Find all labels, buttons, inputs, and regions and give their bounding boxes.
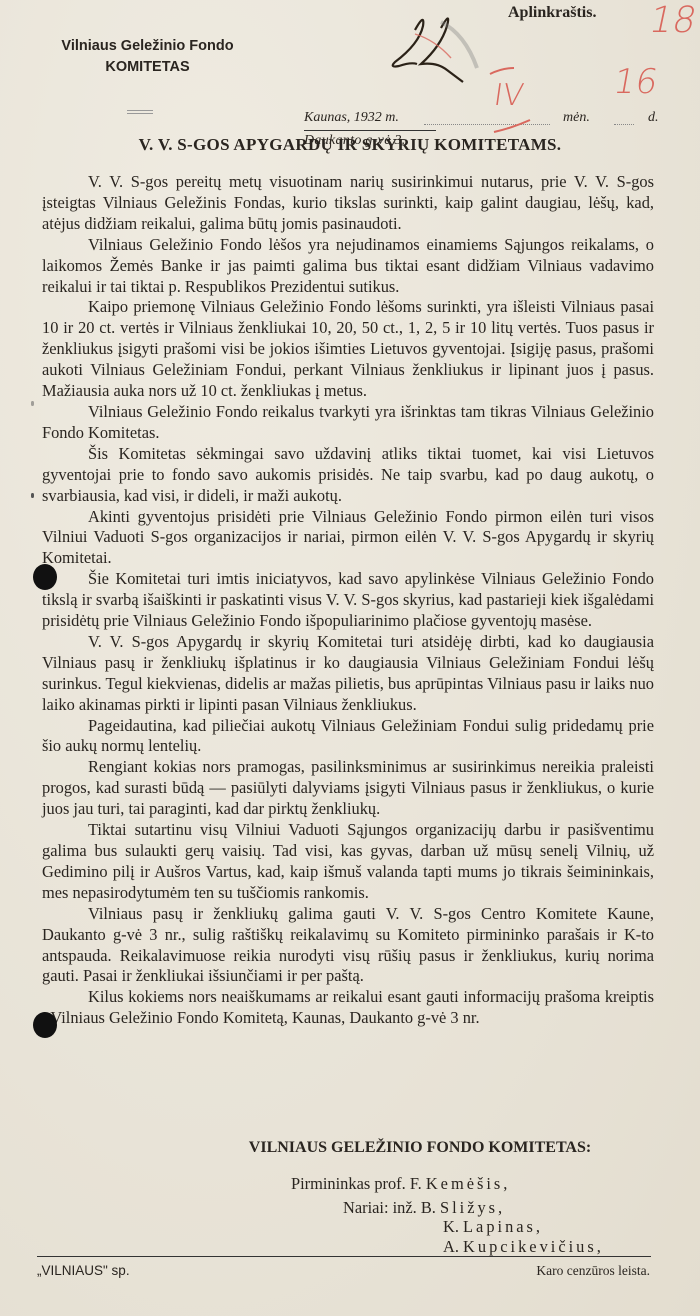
member-3-initial: A. bbox=[443, 1237, 459, 1256]
org-line-2: KOMITETAS bbox=[40, 57, 255, 78]
chairman-role: Pirmininkas prof. F. bbox=[291, 1174, 422, 1193]
chairman-line: Pirmininkas prof. F. Kemėšis, bbox=[291, 1174, 510, 1194]
handwritten-page-mark: 18 bbox=[646, 0, 700, 41]
paragraph-3: Kaipo priemonę Vilniaus Geležinio Fondo … bbox=[42, 297, 654, 402]
censorship-note: Karo cenzūros leista. bbox=[490, 1263, 650, 1279]
paragraph-6: Akinti gyventojus prisidėti prie Vilniau… bbox=[42, 507, 654, 570]
member-line-2: K. Lapinas, bbox=[443, 1217, 543, 1237]
document-title: V. V. S-GOS APYGARDŲ IR SKYRIŲ KOMITETAM… bbox=[0, 135, 700, 155]
handwritten-month-strokes bbox=[488, 62, 548, 138]
handwritten-day: 16 bbox=[610, 62, 660, 102]
member-line-3: A. Kupcikevičius, bbox=[443, 1237, 604, 1257]
day-dotted-line bbox=[614, 124, 634, 125]
signature-heading: VILNIAUS GELEŽINIO FONDO KOMITETAS: bbox=[0, 1139, 700, 1157]
paragraph-11: Tiktai sutartinu visų Vilniui Vaduoti Są… bbox=[42, 820, 654, 904]
printer-imprint: „VILNIAUS" sp. bbox=[37, 1263, 130, 1278]
paragraph-7: Šie Komitetai turi imtis iniciatyvos, ka… bbox=[42, 569, 654, 632]
member-2-initial: K. bbox=[443, 1217, 459, 1236]
document-type: Aplinkraštis. bbox=[508, 4, 596, 22]
paragraph-9: Pageidautina, kad piliečiai aukotų Vilni… bbox=[42, 716, 654, 758]
paragraph-13: Kilus kokiems nors neaiškumams ar reikal… bbox=[42, 987, 654, 1029]
footer-divider bbox=[37, 1256, 651, 1257]
place-year: Kaunas, 1932 m. bbox=[304, 110, 399, 126]
paragraph-8: V. V. S-gos Apygardų ir skyrių Komitetai… bbox=[42, 632, 654, 716]
paragraph-12: Vilniaus pasų ir ženkliukų galima gauti … bbox=[42, 904, 654, 988]
member-2-name: Lapinas, bbox=[463, 1217, 543, 1236]
paragraph-1: V. V. S-gos pereitų metų visuotinam nari… bbox=[42, 172, 654, 235]
paper-speck bbox=[31, 401, 34, 406]
day-label: d. bbox=[648, 110, 659, 126]
paragraph-5: Šis Komitetas sėkmingai savo uždavinį at… bbox=[42, 444, 654, 507]
punch-hole-upper bbox=[33, 564, 57, 590]
paragraph-10: Rengiant kokias nors pramogas, pasilinks… bbox=[42, 757, 654, 820]
paragraph-2: Vilniaus Geležinio Fondo lėšos yra nejud… bbox=[42, 235, 654, 298]
organization-name: Vilniaus Geležinio Fondo KOMITETAS bbox=[40, 36, 255, 78]
chairman-name: Kemėšis, bbox=[426, 1174, 511, 1193]
org-line-1: Vilniaus Geležinio Fondo bbox=[40, 36, 255, 57]
member-3-name: Kupcikevičius, bbox=[463, 1237, 604, 1256]
members-role: Nariai: inž. B. bbox=[343, 1198, 436, 1217]
letterhead-divider bbox=[127, 110, 153, 114]
handwritten-number-22 bbox=[385, 4, 480, 84]
body-text: V. V. S-gos pereitų metų visuotinam nari… bbox=[42, 172, 654, 1029]
punch-hole-lower bbox=[33, 1012, 57, 1038]
member-line-1: Nariai: inž. B. Sližys, bbox=[343, 1198, 505, 1218]
paragraph-4: Vilniaus Geležinio Fondo reikalus tvarky… bbox=[42, 402, 654, 444]
address-divider bbox=[304, 130, 436, 131]
member-1-name: Sližys, bbox=[440, 1198, 505, 1217]
paper-speck bbox=[31, 493, 34, 498]
month-label: mėn. bbox=[563, 110, 590, 126]
